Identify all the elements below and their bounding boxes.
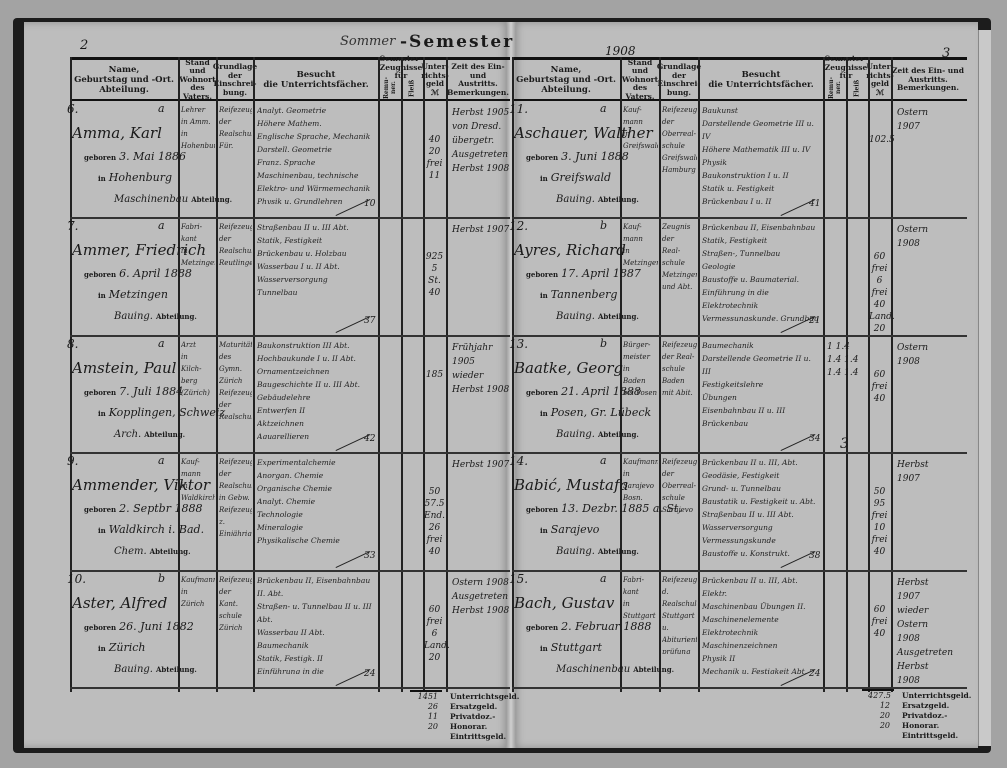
entry-remark: Ostern 1907	[897, 106, 952, 134]
division: Maschinenbau	[556, 664, 630, 675]
entry-remark: Herbst 1907	[452, 458, 509, 472]
in-label: in	[540, 174, 548, 183]
entry-number: 9.	[67, 454, 78, 468]
entry-number: 6.	[67, 102, 78, 116]
enrollment-basis: Zeugnis der Real- schule Metzingen und A…	[662, 221, 697, 301]
student-name: Amma, Karl	[72, 124, 162, 142]
student-name: Bach, Gustav	[514, 594, 614, 612]
entry-class: a	[158, 102, 165, 115]
enrollment-basis: Reifezeugnis der Kant. schule Zürich	[219, 574, 252, 654]
register-entry: 9.aAmmender, Viktorgeboren2. Septbr 1888…	[70, 452, 510, 569]
birth-date-line: geboren3. Juni 1888	[526, 150, 629, 163]
col-header-zeit: Zeit des Ein- und Austritts. Bemerkungen…	[447, 61, 509, 99]
in-label: in	[98, 526, 106, 535]
entry-number: 13.	[509, 337, 528, 351]
row-rule	[70, 687, 510, 689]
father-status: Fabri- kant in Stuttgart	[623, 574, 658, 654]
student-name: Aster, Alfred	[72, 594, 167, 612]
enrollment-basis: Reifezeugnis der Realschule Für.	[219, 104, 252, 184]
subjects-attended: Baukonstruktion III Abt. Hochbaukunde I …	[257, 339, 376, 439]
subjects-count: 21	[809, 316, 820, 326]
subjects-attended: Straßenbau II u. III Abt. Statik, Festig…	[257, 221, 376, 321]
right-totals-values: 427.5 12 20 20	[868, 691, 890, 731]
subjects-attended: Brückenbau II u. III, Abt. Elektr. Masch…	[702, 574, 821, 674]
student-name: Amstein, Paul	[72, 359, 176, 377]
student-name: Ayres, Richard	[514, 241, 626, 259]
entry-remark: Herbst 1907	[897, 458, 952, 486]
subjects-count: 10	[364, 199, 375, 209]
birth-place-line: inStuttgart	[540, 641, 602, 654]
birth-date: 7. Juli 1884	[119, 385, 183, 398]
register-entry: 11.aAschauer, Walthergeboren3. Juni 1888…	[512, 100, 952, 217]
entry-class: b	[158, 572, 165, 585]
in-label: in	[98, 409, 106, 418]
division-line: Arch.Abteilung.	[114, 429, 188, 440]
division-label: Abteilung.	[598, 547, 639, 556]
tuition-fee: 185	[424, 369, 445, 381]
tuition-fee: 60 frei 40	[869, 369, 890, 405]
entry-number: 15.	[509, 572, 528, 586]
subjects-attended: Brückenbau II u. III, Abt. Geodäsie, Fes…	[702, 456, 821, 556]
page-edges	[978, 30, 991, 746]
enrollment-basis: Reifezeugnis d. Realschule Stuttgart u. …	[662, 574, 697, 654]
entry-class: a	[158, 337, 165, 350]
division-label: Abteilung.	[156, 665, 197, 674]
father-status: Bürger- meister in Baden bei Posen	[623, 339, 658, 419]
student-name: Babić, Mustafa	[514, 476, 629, 494]
division-label: Abteilung.	[598, 430, 639, 439]
col-header-besucht: Besucht die Unterrichtsfächer.	[254, 61, 378, 99]
semester-season: Sommer	[340, 34, 395, 49]
subjects-count: 24	[809, 669, 820, 679]
birth-date-line: geboren13. Dezbr. 1885 a. St.	[526, 502, 682, 515]
tuition-fee: 50 57.5 End. 26 frei 40	[424, 486, 445, 558]
subjects-attended: Analyt. Geometrie Höhere Mathem. Englisc…	[257, 104, 376, 204]
in-label: in	[98, 644, 106, 653]
father-status: Kauf- mann in Waldkirch	[181, 456, 215, 536]
enrollment-basis: Reifezeugnis der Realschule in Gebw. Rei…	[219, 456, 252, 536]
right-totals-labels: Unterrichtsgeld. Ersatzgeld. Privatdoz.-…	[902, 691, 971, 741]
col-header-grundlage: Grundlage der Einschrei- bung.	[660, 61, 698, 99]
left-page-number: 2	[80, 38, 88, 53]
father-status: Lehrer in Amm. in Hohenburg	[181, 104, 215, 184]
enrollment-basis: Reifezeugnis der Oberreal- schule Greifs…	[662, 104, 697, 184]
subjects-count: 37	[364, 316, 375, 326]
division-line: Bauing.Abteilung.	[556, 311, 642, 322]
birth-place-line: inSarajevo	[540, 523, 599, 536]
division-line: MaschinenbauAbteilung.	[556, 664, 677, 675]
subjects-count: 42	[364, 434, 375, 444]
col-header-stand: Stand und Wohnort des Vaters.	[621, 61, 659, 99]
col-header-stand: Stand und Wohnort des Vaters.	[179, 61, 216, 99]
division-label: Abteilung.	[598, 195, 639, 204]
birth-place: Tannenberg	[551, 288, 618, 301]
subjects-attended: Baumechanik Darstellende Geometrie II u.…	[702, 339, 821, 439]
in-label: in	[98, 174, 106, 183]
subjects-attended: Baukunst Darstellende Geometrie III u. I…	[702, 104, 821, 204]
division-line: Bauing.Abteilung.	[556, 546, 642, 557]
born-label: geboren	[84, 505, 116, 514]
division-line: Bauing.Abteilung.	[114, 664, 200, 675]
division: Bauing.	[556, 311, 595, 322]
father-status: Kauf- mann in Greifswald	[623, 104, 658, 184]
in-label: in	[540, 291, 548, 300]
division: Bauing.	[556, 429, 595, 440]
register-entry: 13.bBaatke, Georggeboren21. April 1888in…	[512, 335, 952, 452]
tuition-fee: 60 frei 6 Land. 20	[424, 604, 445, 664]
semester-title: -Semester	[400, 32, 514, 52]
birth-place: Hohenburg	[109, 171, 172, 184]
enrollment-basis: Reifezeugnis der Oberreal- schule Saraje…	[662, 456, 697, 536]
in-label: in	[98, 291, 106, 300]
birth-place: Metzingen	[109, 288, 168, 301]
tuition-fee: 925 5 St. 40	[424, 251, 445, 299]
birth-place: Stuttgart	[551, 641, 602, 654]
born-label: geboren	[526, 270, 558, 279]
entry-class: a	[158, 454, 165, 467]
col-header-zeit: Zeit des Ein- und Austritts. Bemerkungen…	[892, 61, 964, 99]
subjects-attended: Brückenbau II, Eisenbahnbau II. Abt. Str…	[257, 574, 376, 674]
entry-remark: Herbst 1907 wieder Ostern 1908 Ausgetret…	[897, 576, 953, 688]
in-label: in	[540, 526, 548, 535]
entry-remark: Herbst 1905 von Dresd. übergetr. Ausgetr…	[452, 106, 510, 176]
division-label: Abteilung.	[633, 665, 674, 674]
tuition-fee: 40 20 frei 11	[424, 134, 445, 182]
register-entry: 7.aAmmer, Friedrichgeboren6. April 1888i…	[70, 217, 510, 334]
birth-place-line: inTannenberg	[540, 288, 617, 301]
register-entry: 8.aAmstein, Paulgeboren7. Juli 1884inKop…	[70, 335, 510, 452]
birth-date-line: geboren26. Juni 1882	[84, 620, 194, 633]
birth-place-line: inMetzingen	[98, 288, 168, 301]
col-header-zeugnisse-sub2: Fleiß	[403, 77, 421, 99]
col-header-unterrichtsgeld: Unter- richts- geld ℳ	[424, 61, 446, 99]
register-entry: 14.aBabić, Mustafageboren13. Dezbr. 1885…	[512, 452, 952, 569]
division-line: MaschinenbauAbteilung.	[114, 194, 235, 205]
birth-date-line: geboren6. April 1888	[84, 267, 192, 280]
register-entry: 15.aBach, Gustavgeboren2. Februar 1888in…	[512, 570, 952, 687]
division: Bauing.	[556, 194, 595, 205]
entry-remark: Ostern 1908 Ausgetreten Herbst 1908	[452, 576, 509, 618]
birth-date-line: geboren7. Juli 1884	[84, 385, 183, 398]
birth-place-line: inGreifswald	[540, 171, 611, 184]
division-line: Bauing.Abteilung.	[114, 311, 200, 322]
left-totals-values: 1451 26 11 20	[416, 692, 438, 732]
col-header-zeugnisse-sub1: Remu- ner.	[381, 77, 399, 99]
birth-place: Zürich	[109, 641, 146, 654]
born-label: geboren	[84, 153, 116, 162]
col-header-grundlage: Grundlage der Einschrei- bung.	[217, 61, 253, 99]
col-header-unterrichtsgeld: Unter- richts- geld ℳ	[869, 61, 891, 99]
entry-remark: Ostern 1908	[897, 341, 952, 369]
col-header-name: Name, Geburtstag und -Ort. Abteilung.	[70, 61, 178, 99]
entry-number: 10.	[67, 572, 86, 586]
born-label: geboren	[526, 623, 558, 632]
tuition-fee: 50 95 frei 10 frei 40	[869, 486, 890, 558]
division: Arch.	[114, 429, 141, 440]
born-label: geboren	[84, 388, 116, 397]
entry-remark: Ostern 1908	[897, 223, 952, 251]
father-status: Arzt in Kilch- berg (Zürich)	[181, 339, 215, 419]
entry-number: 8.	[67, 337, 78, 351]
division: Maschinenbau	[114, 194, 188, 205]
birth-place: Sarajevo	[551, 523, 600, 536]
col-header-zeugnisse-sub1: Remu- ner.	[826, 77, 844, 99]
father-status: Kauf- mann in Metzingen	[623, 221, 658, 301]
subjects-count: 24	[364, 669, 375, 679]
register-entry: 10.bAster, Alfredgeboren26. Juni 1882inZ…	[70, 570, 510, 687]
subjects-count: 34	[809, 434, 820, 444]
tuition-fee: 102.5	[869, 134, 890, 146]
entry-class: a	[600, 102, 607, 115]
born-label: geboren	[84, 623, 116, 632]
division: Bauing.	[556, 546, 595, 557]
enrollment-basis: Reifezeugnis der Real- schule Baden mit …	[662, 339, 697, 419]
birth-date: 3. Juni 1888	[561, 150, 629, 163]
division-line: Bauing.Abteilung.	[556, 194, 642, 205]
entry-number: 14.	[509, 454, 528, 468]
subjects-attended: Experimentalchemie Anorgan. Chemie Organ…	[257, 456, 376, 556]
tuition-fee: 60 frei 6 frei 40 Land. 20	[869, 251, 890, 335]
father-status: Kaufmann in Zürich	[181, 574, 215, 654]
in-label: in	[540, 409, 548, 418]
entry-number: 7.	[67, 219, 78, 233]
col-header-besucht: Besucht die Unterrichtsfächer.	[699, 61, 823, 99]
entry-class: a	[600, 454, 607, 467]
subjects-count: 41	[809, 199, 820, 209]
entry-class: b	[600, 337, 607, 350]
father-status: Kaufmann in Sarajevo Bosn.	[623, 456, 658, 536]
division-label: Abteilung.	[150, 547, 191, 556]
birth-place-line: inHohenburg	[98, 171, 172, 184]
division: Bauing.	[114, 664, 153, 675]
subjects-count: 33	[364, 551, 375, 561]
birth-date-line: geboren3. Mai 1886	[84, 150, 186, 163]
birth-date: 3. Mai 1886	[119, 150, 186, 163]
entry-remark: Herbst 1907	[452, 223, 509, 237]
division: Bauing.	[114, 311, 153, 322]
born-label: geboren	[84, 270, 116, 279]
entry-class: a	[600, 572, 607, 585]
division-line: Bauing.Abteilung.	[556, 429, 642, 440]
enrollment-basis: Reifezeugnis der Realschule Reutlingen	[219, 221, 252, 301]
division-label: Abteilung.	[191, 195, 232, 204]
student-name: Baatke, Georg	[514, 359, 623, 377]
in-label: in	[540, 644, 548, 653]
register-entry: 12.bAyres, Richardgeboren17. April 1887i…	[512, 217, 952, 334]
entry-class: a	[158, 219, 165, 232]
born-label: geboren	[526, 505, 558, 514]
father-status: Fabri- kant in Metzingen	[181, 221, 215, 301]
entry-number: 11.	[509, 102, 528, 116]
birth-place: Greifswald	[551, 171, 611, 184]
born-label: geboren	[526, 153, 558, 162]
division-label: Abteilung.	[144, 430, 185, 439]
birth-place-line: inZürich	[98, 641, 146, 654]
left-totals-labels: Unterrichtsgeld. Ersatzgeld. Privatdoz.-…	[450, 692, 519, 742]
grade-mark: 3	[840, 438, 849, 451]
semester-year: 1908	[605, 44, 636, 58]
division: Chem.	[114, 546, 147, 557]
division-line: Chem.Abteilung.	[114, 546, 194, 557]
tuition-fee: 60 frei 40	[869, 604, 890, 640]
entry-class: b	[600, 219, 607, 232]
semester-grades: 1 1.4 1.4 1.4 1.4 1.4	[827, 341, 859, 380]
col-header-name: Name, Geburtstag und -Ort. Abteilung.	[512, 61, 620, 99]
entry-remark: Frühjahr 1905 wieder Herbst 1908	[452, 341, 510, 397]
division-label: Abteilung.	[156, 312, 197, 321]
division-label: Abteilung.	[598, 312, 639, 321]
col-header-zeugnisse-sub2: Fleiß	[848, 77, 866, 99]
enrollment-basis: Maturität des Gymn. Zürich Reifezeugnis …	[219, 339, 252, 419]
subjects-count: 38	[809, 551, 820, 561]
subjects-attended: Brückenbau II, Eisenbahnbau Statik, Fest…	[702, 221, 821, 321]
register-entry: 6.aAmma, Karlgeboren3. Mai 1886inHohenbu…	[70, 100, 510, 217]
entry-number: 12.	[509, 219, 528, 233]
born-label: geboren	[526, 388, 558, 397]
